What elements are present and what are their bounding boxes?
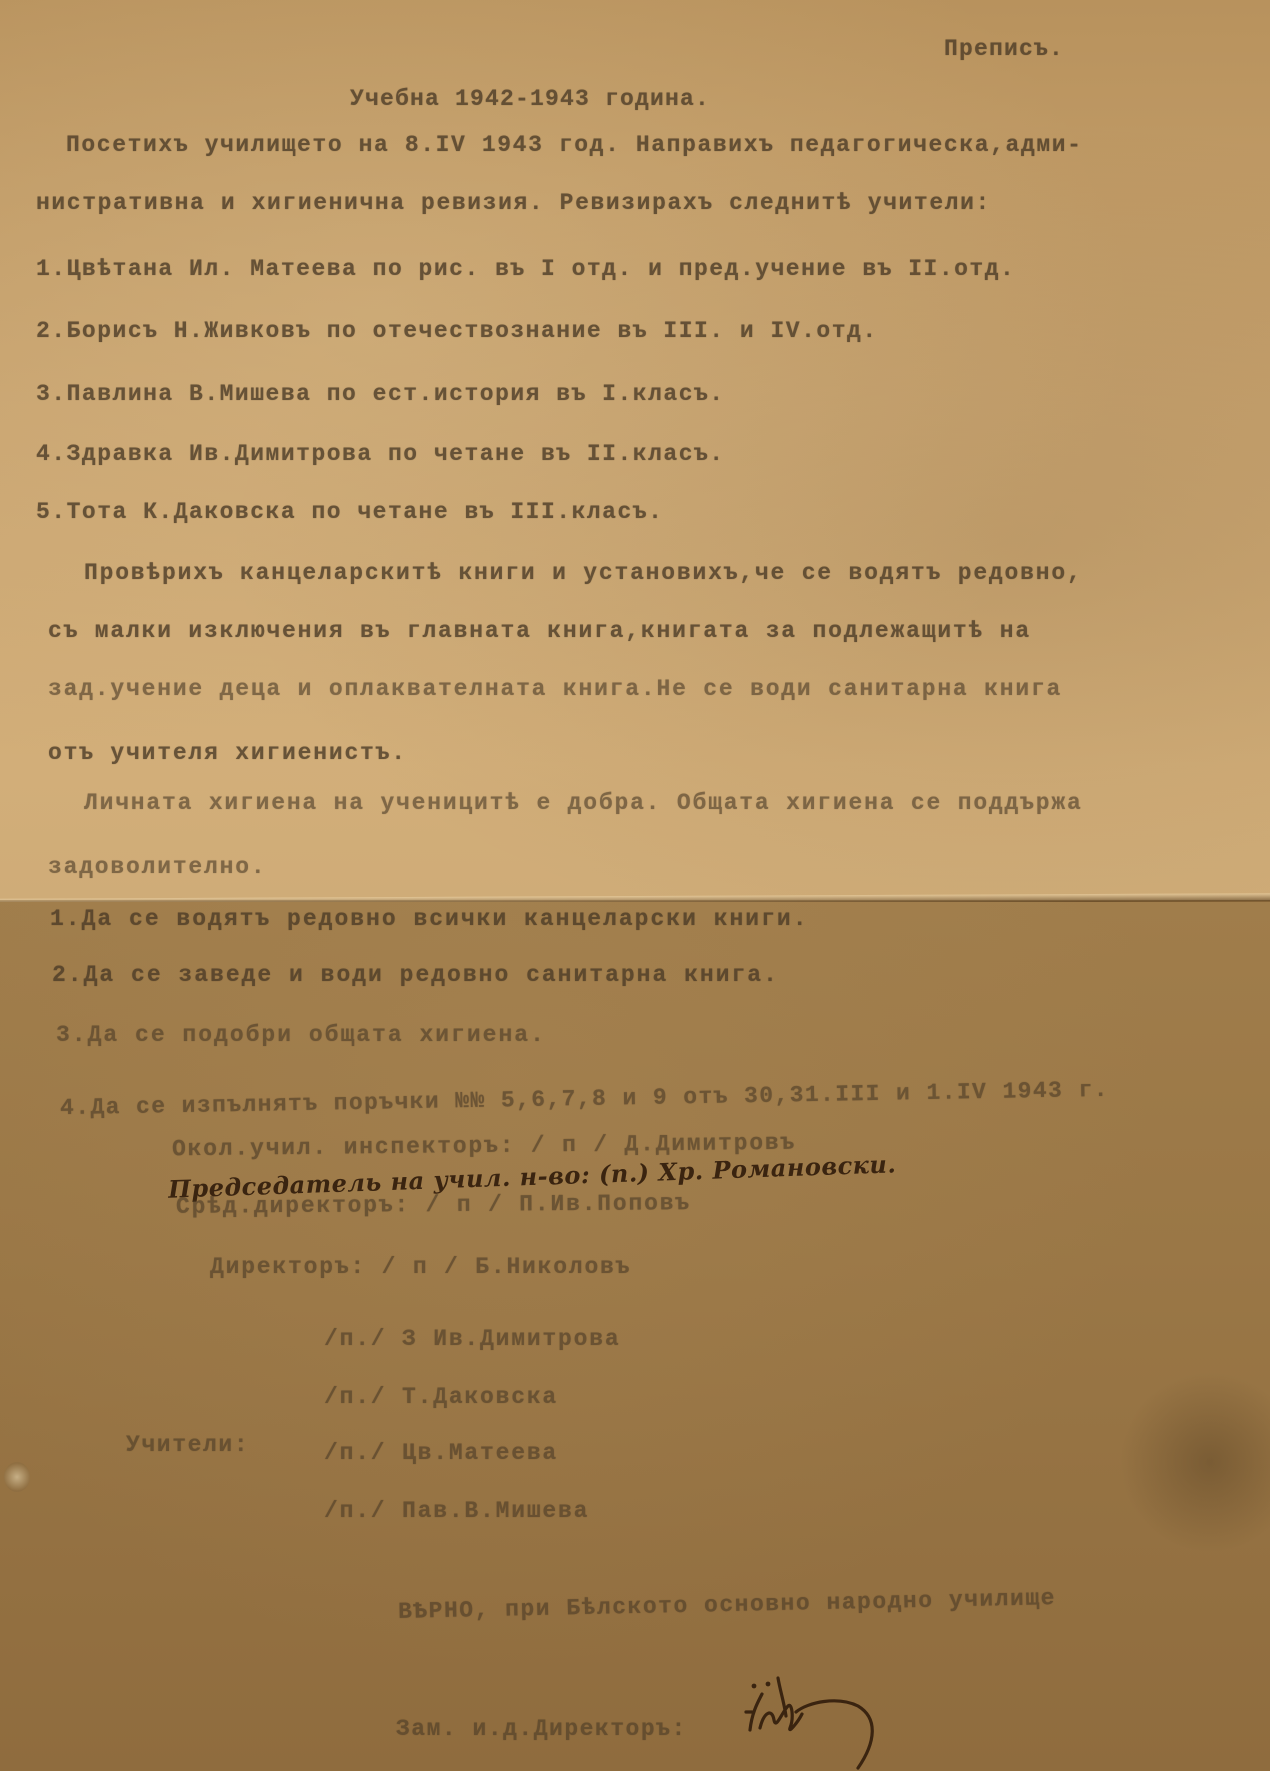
teacher-item: 1.Цвѣтана Ил. Матеева по рис. въ I отд. … xyxy=(36,256,1015,282)
teacher-item: 4.Здравка Ив.Димитрова по четане въ II.к… xyxy=(36,441,725,467)
instruction-item: 2.Да се заведе и води редовно санитарна … xyxy=(52,962,779,988)
avg-director-signature-line: Срѣд.директоръ: / п / П.Ив.Поповъ xyxy=(176,1190,691,1220)
hygiene-line-2: задоволително. xyxy=(48,854,266,880)
director-signature-line: Директоръ: / п / Б.Николовъ xyxy=(210,1254,631,1280)
handwritten-signature xyxy=(738,1672,908,1771)
instruction-item: 3.Да се подобри общата хигиена. xyxy=(56,1022,546,1048)
header-copy-label: Преписъ. xyxy=(944,36,1064,62)
teacher-item: 3.Павлина В.Мишева по ест.история въ I.к… xyxy=(36,381,725,407)
hygiene-line-1: Личната хигиена на ученицитѣ е добра. Об… xyxy=(84,790,1083,816)
teacher-item: 2.Борисъ Н.Живковъ по отечествознание въ… xyxy=(36,318,878,344)
books-line-2: съ малки изключения въ главната книга,кн… xyxy=(48,618,1031,644)
books-line-3: зад.учение деца и оплаквателната книга.Н… xyxy=(48,676,1062,702)
paper-hole xyxy=(4,1462,30,1492)
teacher-signature: /п./ З Ив.Димитрова xyxy=(324,1326,620,1352)
instruction-item: 1.Да се водятъ редовно всички канцеларск… xyxy=(50,906,809,932)
teacher-signature: /п./ Т.Даковска xyxy=(324,1384,558,1410)
teacher-signature: /п./ Пав.В.Мишева xyxy=(324,1498,589,1524)
teachers-label: Учители: xyxy=(126,1432,249,1458)
books-line-1: Провѣрихъ канцеларскитѣ книги и установи… xyxy=(84,560,1083,586)
intro-line-2: нистративна и хигиенична ревизия. Ревизи… xyxy=(36,190,991,216)
deputy-director-label: Зам. и.д.Директоръ: xyxy=(396,1716,687,1742)
page-title: Учебна 1942-1943 година. xyxy=(350,86,710,112)
teacher-signature: /п./ Цв.Матеева xyxy=(324,1440,558,1466)
intro-line-1: Посетихъ училището на 8.IV 1943 год. Нап… xyxy=(66,132,1083,158)
teacher-item: 5.Тота К.Даковска по четане въ III.класъ… xyxy=(36,499,663,525)
books-line-4: отъ учителя хигиенистъ. xyxy=(48,740,407,766)
